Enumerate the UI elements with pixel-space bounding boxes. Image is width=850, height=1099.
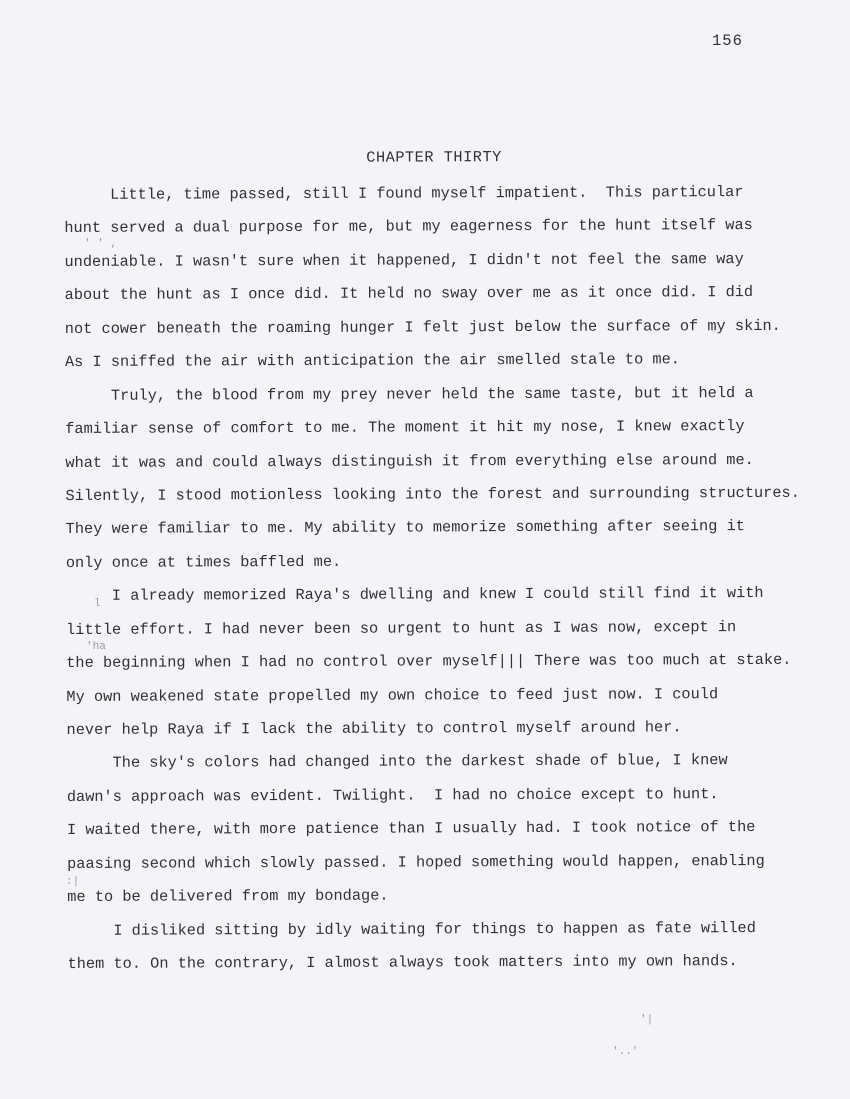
scan-artifact-mark: :| [66,876,79,888]
scan-artifact-mark: '| [640,1014,653,1026]
text-line: never help Raya if I lack the ability to… [66,718,806,755]
text-line: I already memorized Raya's dwelling and … [66,584,806,621]
scan-artifact-mark: ' ' , [84,238,117,250]
text-line: little effort. I had never been so urgen… [66,617,806,654]
text-line: familiar sense of comfort to me. The mom… [65,417,805,454]
manuscript-page: 156 CHAPTER THIRTY Little, time passed, … [0,0,850,1099]
text-line: They were familiar to me. My ability to … [66,517,806,554]
text-line: My own weakened state propelled my own c… [66,684,806,721]
text-line: Silently, I stood motionless looking int… [65,484,805,521]
text-line: them to. On the contrary, I almost alway… [68,952,808,989]
text-line: As I sniffed the air with anticipation t… [65,350,805,387]
text-line: hunt served a dual purpose for me, but m… [64,216,804,253]
text-line: what it was and could always distinguish… [65,450,805,487]
text-line: Truly, the blood from my prey never held… [65,383,805,420]
text-line: paasing second which slowly passed. I ho… [67,852,807,889]
scan-artifact-mark: 'ha [86,641,106,653]
text-line: undeniable. I wasn't sure when it happen… [64,250,804,287]
body-text: Little, time passed, still I found mysel… [64,183,807,989]
page-number: 156 [712,32,743,50]
text-line: Little, time passed, still I found mysel… [64,183,804,220]
text-line: dawn's approach was evident. Twilight. I… [67,785,807,822]
text-line: the beginning when I had no control over… [66,651,806,688]
scan-artifact-mark: '..' [612,1046,638,1058]
text-block: CHAPTER THIRTY Little, time passed, stil… [64,147,808,989]
text-line: me to be delivered from my bondage. [67,885,807,922]
chapter-title: CHAPTER THIRTY [64,147,804,186]
text-line: I waited there, with more patience than … [67,818,807,855]
text-line: The sky's colors had changed into the da… [67,751,807,788]
text-line: I disliked sitting by idly waiting for t… [67,918,807,955]
text-line: about the hunt as I once did. It held no… [65,283,805,320]
scan-artifact-mark: l [94,598,101,610]
text-line: not cower beneath the roaming hunger I f… [65,317,805,354]
text-line: only once at times baffled me. [66,551,806,588]
